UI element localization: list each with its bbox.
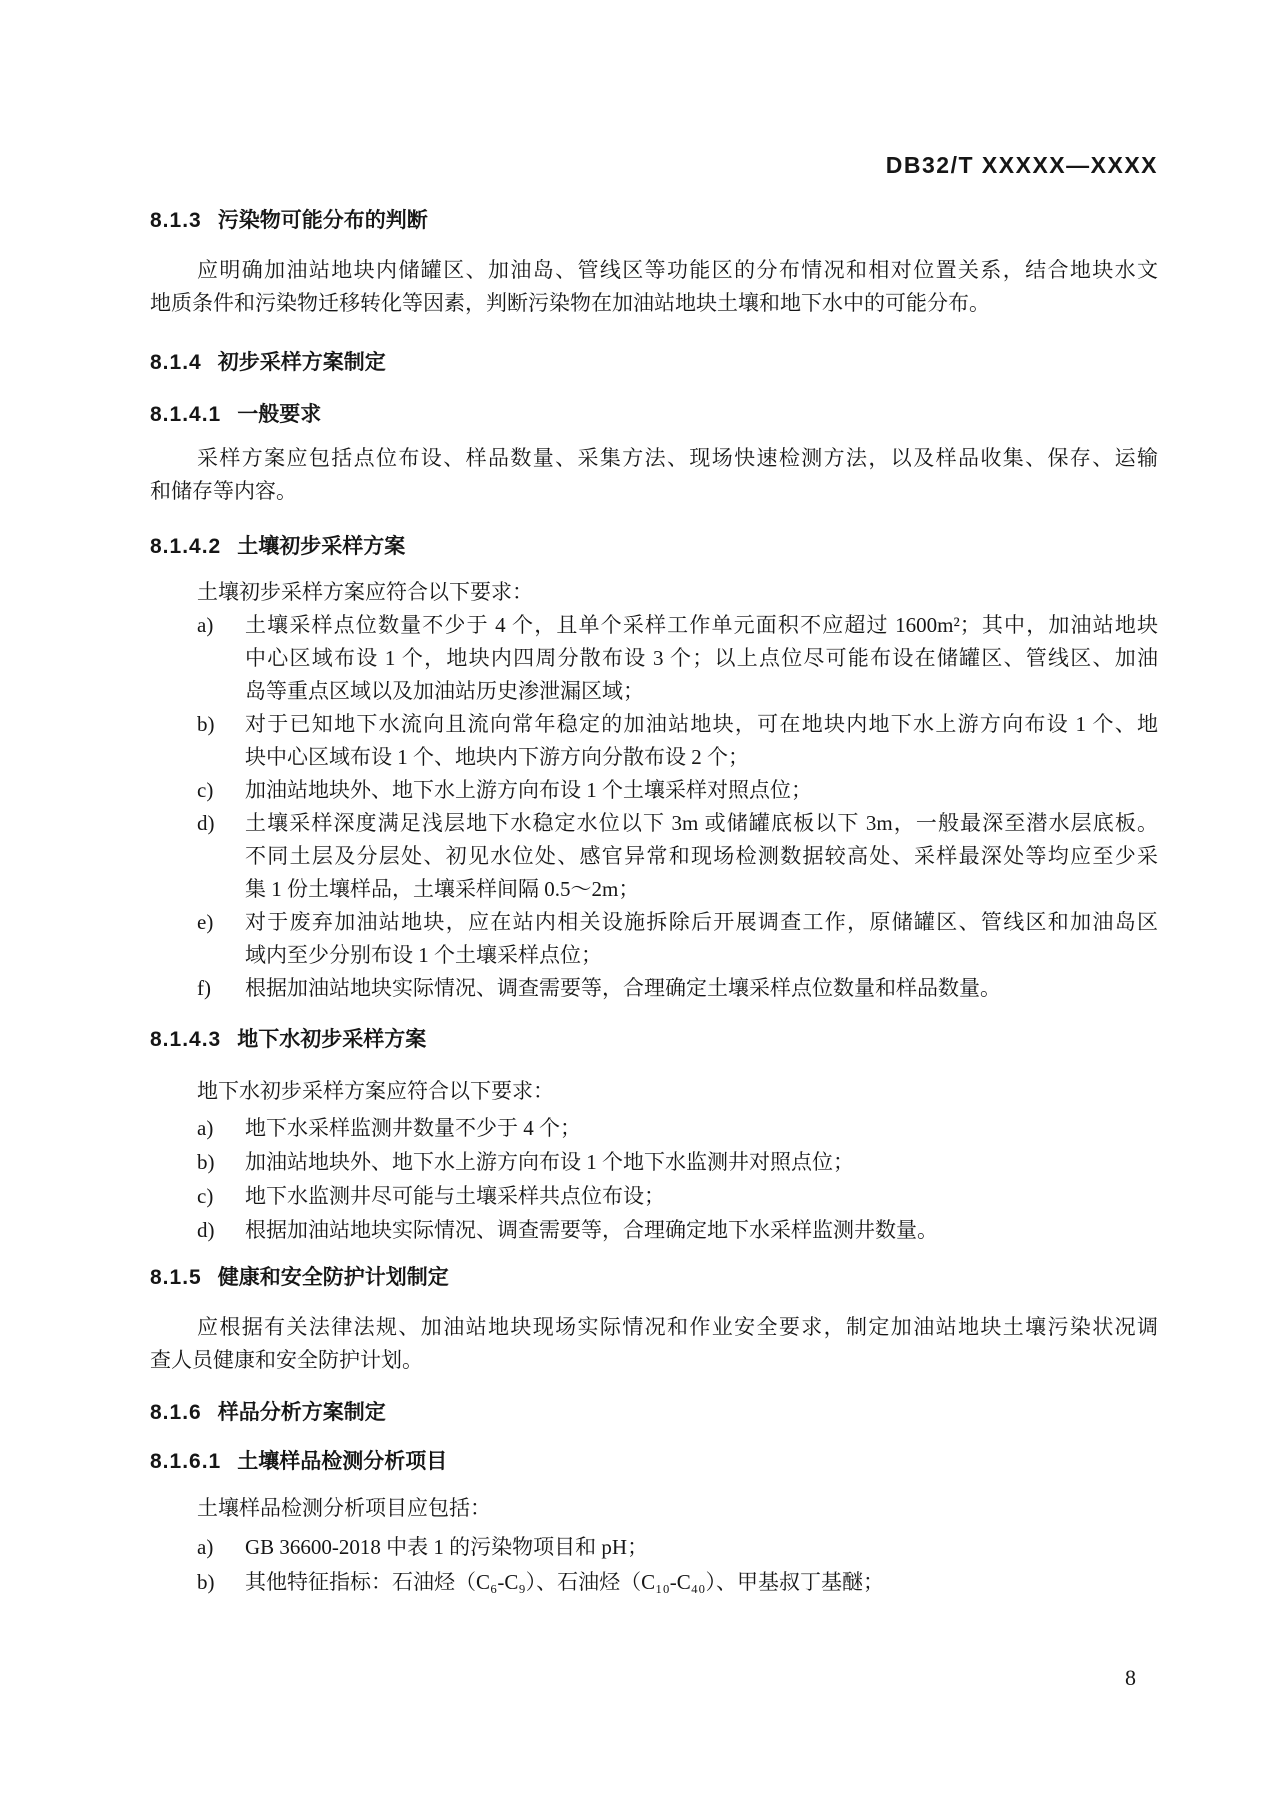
list-item-line: 其他特征指标：石油烃（C₆-C₉）、石油烃（C₁₀-C₄₀）、甲基叔丁基醚； xyxy=(245,1565,1158,1600)
clause-title: 初步采样方案制定 xyxy=(218,351,386,374)
list-marker: e) xyxy=(197,906,241,939)
list-item: b) 其他特征指标：石油烃（C₆-C₉）、石油烃（C₁₀-C₄₀）、甲基叔丁基醚… xyxy=(245,1565,1158,1600)
clause-title: 一般要求 xyxy=(237,403,321,426)
clause-number: 8.1.5 xyxy=(150,1266,202,1289)
list-item: b) 加油站地块外、地下水上游方向布设 1 个地下水监测井对照点位； xyxy=(245,1145,1158,1179)
clause-number: 8.1.6 xyxy=(150,1401,202,1424)
paragraph-line: 应明确加油站地块内储罐区、加油岛、管线区等功能区的分布情况和相对位置关系，结合地… xyxy=(150,254,1158,287)
list-item: f) 根据加油站地块实际情况、调查需要等，合理确定土壤采样点位数量和样品数量。 xyxy=(245,972,1158,1005)
clause-8-1-4-1-heading: 8.1.4.1一般要求 xyxy=(150,398,1158,432)
clause-title: 土壤样品检测分析项目 xyxy=(237,1450,447,1473)
soil-analysis-items-list: a) GB 36600-2018 中表 1 的污染物项目和 pH； b) 其他特… xyxy=(150,1530,1158,1600)
document-page: DB32/T XXXXX—XXXX 8.1.3污染物可能分布的判断 应明确加油站… xyxy=(0,0,1280,1810)
paragraph-line: 采样方案应包括点位布设、样品数量、采集方法、现场快速检测方法，以及样品收集、保存… xyxy=(150,442,1158,475)
list-marker: a) xyxy=(197,609,241,642)
list-item: d) 土壤采样深度满足浅层地下水稳定水位以下 3m 或储罐底板以下 3m，一般最… xyxy=(245,807,1158,906)
list-marker: c) xyxy=(197,1179,241,1213)
clause-title: 土壤初步采样方案 xyxy=(237,535,405,558)
list-marker: b) xyxy=(197,708,241,741)
list-item-line: 土壤采样点位数量不少于 4 个，且单个采样工作单元面积不应超过 1600m²；其… xyxy=(245,609,1158,642)
list-intro-line: 土壤初步采样方案应符合以下要求： xyxy=(150,576,1158,609)
list-item-line: 域内至少分别布设 1 个土壤采样点位； xyxy=(245,939,1158,972)
list-item-line: 加油站地块外、地下水上游方向布设 1 个地下水监测井对照点位； xyxy=(245,1145,1158,1179)
list-item: a) 地下水采样监测井数量不少于 4 个； xyxy=(245,1111,1158,1145)
list-item-line: 地下水监测井尽可能与土壤采样共点位布设； xyxy=(245,1179,1158,1213)
paragraph-line: 地质条件和污染物迁移转化等因素，判断污染物在加油站地块土壤和地下水中的可能分布。 xyxy=(150,287,1158,320)
clause-8-1-4-heading: 8.1.4初步采样方案制定 xyxy=(150,346,1158,380)
list-item: c) 地下水监测井尽可能与土壤采样共点位布设； xyxy=(245,1179,1158,1213)
clause-title: 样品分析方案制定 xyxy=(218,1401,386,1424)
clause-title: 健康和安全防护计划制定 xyxy=(218,1266,449,1289)
list-intro-line: 地下水初步采样方案应符合以下要求： xyxy=(150,1075,1158,1108)
clause-8-1-5-paragraph: 应根据有关法律法规、加油站地块现场实际情况和作业安全要求，制定加油站地块土壤污染… xyxy=(150,1311,1158,1377)
list-item: c) 加油站地块外、地下水上游方向布设 1 个土壤采样对照点位； xyxy=(245,774,1158,807)
list-item: e) 对于废弃加油站地块，应在站内相关设施拆除后开展调查工作，原储罐区、管线区和… xyxy=(245,906,1158,972)
clause-8-1-6-heading: 8.1.6样品分析方案制定 xyxy=(150,1396,1158,1430)
list-marker: b) xyxy=(197,1145,241,1179)
clause-8-1-3-paragraph: 应明确加油站地块内储罐区、加油岛、管线区等功能区的分布情况和相对位置关系，结合地… xyxy=(150,254,1158,320)
list-item-line: 加油站地块外、地下水上游方向布设 1 个土壤采样对照点位； xyxy=(245,774,1158,807)
list-item-line: 对于已知地下水流向且流向常年稳定的加油站地块，可在地块内地下水上游方向布设 1 … xyxy=(245,708,1158,741)
list-marker: b) xyxy=(197,1565,241,1600)
paragraph-line: 应根据有关法律法规、加油站地块现场实际情况和作业安全要求，制定加油站地块土壤污染… xyxy=(150,1311,1158,1344)
list-item: d) 根据加油站地块实际情况、调查需要等，合理确定地下水采样监测井数量。 xyxy=(245,1213,1158,1247)
clause-number: 8.1.4.2 xyxy=(150,535,221,558)
list-marker: f) xyxy=(197,972,241,1005)
clause-number: 8.1.6.1 xyxy=(150,1450,221,1473)
clause-title: 地下水初步采样方案 xyxy=(237,1028,426,1051)
clause-number: 8.1.4.3 xyxy=(150,1028,221,1051)
list-item-line: 集 1 份土壤样品，土壤采样间隔 0.5～2m； xyxy=(245,873,1158,906)
list-item-line: 中心区域布设 1 个，地块内四周分散布设 3 个；以上点位尽可能布设在储罐区、管… xyxy=(245,642,1158,675)
list-marker: d) xyxy=(197,1213,241,1247)
clause-number: 8.1.3 xyxy=(150,209,202,232)
paragraph-line: 和储存等内容。 xyxy=(150,475,1158,508)
clause-8-1-4-3-heading: 8.1.4.3地下水初步采样方案 xyxy=(150,1023,1158,1057)
clause-number: 8.1.4 xyxy=(150,351,202,374)
list-marker: c) xyxy=(197,774,241,807)
list-item-line: 地下水采样监测井数量不少于 4 个； xyxy=(245,1111,1158,1145)
list-item-line: GB 36600-2018 中表 1 的污染物项目和 pH； xyxy=(245,1530,1158,1565)
list-marker: d) xyxy=(197,807,241,840)
list-item-line: 对于废弃加油站地块，应在站内相关设施拆除后开展调查工作，原储罐区、管线区和加油岛… xyxy=(245,906,1158,939)
clause-8-1-5-heading: 8.1.5健康和安全防护计划制定 xyxy=(150,1261,1158,1295)
clause-8-1-3-heading: 8.1.3污染物可能分布的判断 xyxy=(150,204,1158,238)
list-item-line: 块中心区域布设 1 个、地块内下游方向分散布设 2 个； xyxy=(245,741,1158,774)
list-item-line: 不同土层及分层处、初见水位处、感官异常和现场检测数据较高处、采样最深处等均应至少… xyxy=(245,840,1158,873)
clause-8-1-6-1-heading: 8.1.6.1土壤样品检测分析项目 xyxy=(150,1445,1158,1479)
list-item: b) 对于已知地下水流向且流向常年稳定的加油站地块，可在地块内地下水上游方向布设… xyxy=(245,708,1158,774)
groundwater-sampling-requirements-list: a) 地下水采样监测井数量不少于 4 个； b) 加油站地块外、地下水上游方向布… xyxy=(150,1111,1158,1247)
list-marker: a) xyxy=(197,1111,241,1145)
soil-sampling-requirements-list: a) 土壤采样点位数量不少于 4 个，且单个采样工作单元面积不应超过 1600m… xyxy=(150,609,1158,1005)
clause-number: 8.1.4.1 xyxy=(150,403,221,426)
paragraph-line: 查人员健康和安全防护计划。 xyxy=(150,1344,1158,1377)
list-item-line: 岛等重点区域以及加油站历史渗泄漏区域； xyxy=(245,675,1158,708)
list-item-line: 土壤采样深度满足浅层地下水稳定水位以下 3m 或储罐底板以下 3m，一般最深至潜… xyxy=(245,807,1158,840)
clause-title: 污染物可能分布的判断 xyxy=(218,209,428,232)
list-item-line: 根据加油站地块实际情况、调查需要等，合理确定地下水采样监测井数量。 xyxy=(245,1213,1158,1247)
clause-8-1-4-2-heading: 8.1.4.2土壤初步采样方案 xyxy=(150,530,1158,564)
standard-code: DB32/T XXXXX—XXXX xyxy=(150,150,1158,180)
list-item: a) GB 36600-2018 中表 1 的污染物项目和 pH； xyxy=(245,1530,1158,1565)
list-item: a) 土壤采样点位数量不少于 4 个，且单个采样工作单元面积不应超过 1600m… xyxy=(245,609,1158,708)
list-marker: a) xyxy=(197,1530,241,1565)
clause-8-1-4-1-paragraph: 采样方案应包括点位布设、样品数量、采集方法、现场快速检测方法，以及样品收集、保存… xyxy=(150,442,1158,508)
list-intro-line: 土壤样品检测分析项目应包括： xyxy=(150,1492,1158,1525)
page-content: DB32/T XXXXX—XXXX 8.1.3污染物可能分布的判断 应明确加油站… xyxy=(0,150,1280,1693)
page-number: 8 xyxy=(150,1663,1158,1693)
list-item-line: 根据加油站地块实际情况、调查需要等，合理确定土壤采样点位数量和样品数量。 xyxy=(245,972,1158,1005)
